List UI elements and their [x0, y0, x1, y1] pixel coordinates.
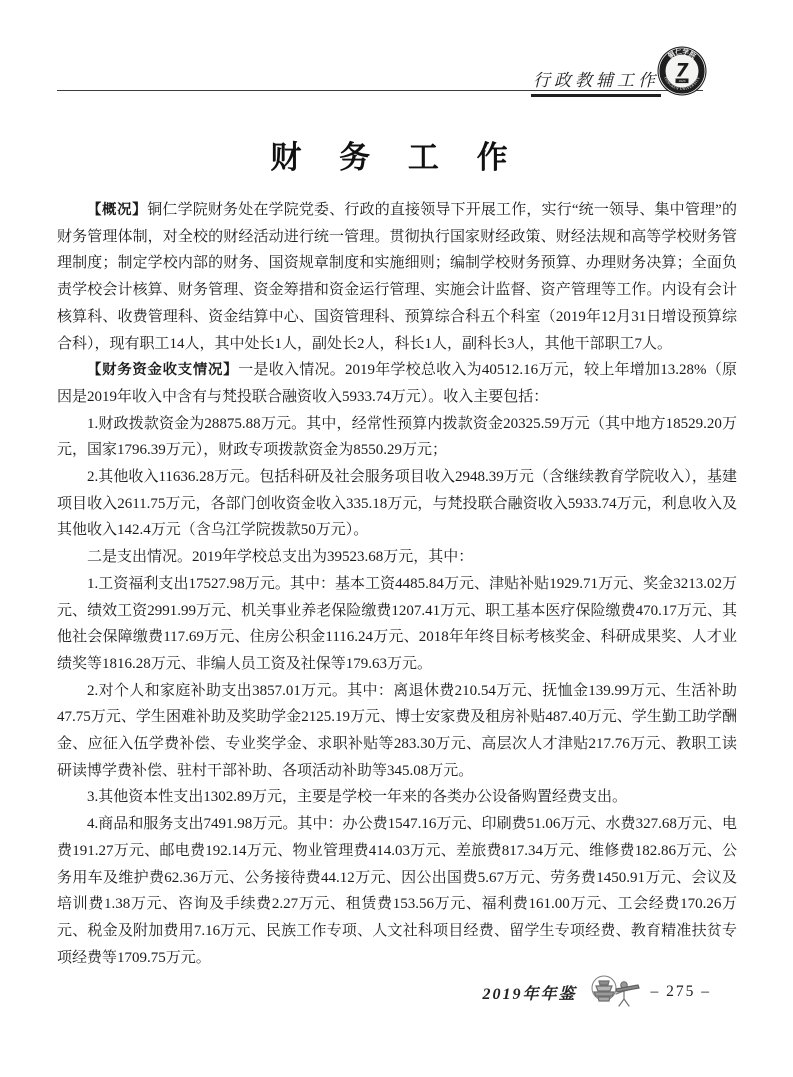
- paragraph-text: 3.其他资本性支出1302.89万元，主要是学校一年来的各类办公设备购置经费支出…: [87, 789, 627, 805]
- seal-glyph: 7: [675, 60, 689, 82]
- paragraph-personal-family-subsidy: 2.对个人和家庭补助支出3857.01万元。其中：离退休费210.54万元、抚恤…: [57, 678, 737, 785]
- page-title: 财 务 工 作: [0, 132, 793, 177]
- university-seal-icon: 铜仁学院 TONGREN UNIVERSITY 7 1920: [657, 46, 707, 96]
- paragraph-text: 2.其他收入11636.28万元。包括科研及社会服务项目收入2948.39万元（…: [57, 469, 737, 538]
- paragraph-fiscal-appropriation: 1.财政拨款资金为28875.88万元。其中，经常性预算内拨款资金20325.5…: [57, 411, 737, 464]
- paragraph-income-summary: 【财务资金收支情况】一是收入情况。2019年学校总收入为40512.16万元，较…: [57, 357, 737, 410]
- seal-year: 1920: [679, 79, 686, 83]
- header-section-label: 行政教辅工作: [531, 66, 661, 97]
- paragraph-overview: 【概况】铜仁学院财务处在学院党委、行政的直接领导下开展工作，实行“统一领导、集中…: [57, 197, 737, 357]
- paragraph-text: 2.对个人和家庭补助支出3857.01万元。其中：离退休费210.54万元、抚恤…: [57, 683, 737, 779]
- paragraph-label: 【财务资金收支情况】: [87, 362, 238, 378]
- paragraph-text: 4.商品和服务支出7491.98万元。其中：办公费1547.16万元、印刷费51…: [57, 816, 737, 966]
- paragraph-text: 铜仁学院财务处在学院党委、行政的直接领导下开展工作，实行“统一领导、集中管理”的…: [57, 202, 737, 352]
- paragraph-salary-welfare: 1.工资福利支出17527.98万元。其中：基本工资4485.84万元、津贴补贴…: [57, 571, 737, 678]
- yearbook-mascot-icon: [586, 972, 642, 1012]
- paragraph-text: 1.工资福利支出17527.98万元。其中：基本工资4485.84万元、津贴补贴…: [57, 576, 737, 672]
- paragraph-text: 1.财政拨款资金为28875.88万元。其中，经常性预算内拨款资金20325.5…: [57, 416, 737, 459]
- paragraph-expenditure-summary: 二是支出情况。2019年学校总支出为39523.68万元，其中：: [57, 544, 737, 571]
- page-footer: 2019年年鉴 – 275 –: [482, 972, 711, 1012]
- paragraph-label: 【概况】: [87, 202, 147, 218]
- paragraph-text: 二是支出情况。2019年学校总支出为39523.68万元，其中：: [87, 549, 473, 565]
- paragraph-other-capital: 3.其他资本性支出1302.89万元，主要是学校一年来的各类办公设备购置经费支出…: [57, 784, 737, 811]
- paragraph-goods-services: 4.商品和服务支出7491.98万元。其中：办公费1547.16万元、印刷费51…: [57, 811, 737, 971]
- yearbook-page: 行政教辅工作 铜仁学院 TONGREN UNIVERSITY 7 1920 财 …: [0, 0, 793, 1077]
- yearbook-label: 2019年年鉴: [482, 981, 576, 1004]
- article-body: 【概况】铜仁学院财务处在学院党委、行政的直接领导下开展工作，实行“统一领导、集中…: [57, 197, 737, 971]
- paragraph-other-income: 2.其他收入11636.28万元。包括科研及社会服务项目收入2948.39万元（…: [57, 464, 737, 544]
- page-number: – 275 –: [651, 983, 712, 1001]
